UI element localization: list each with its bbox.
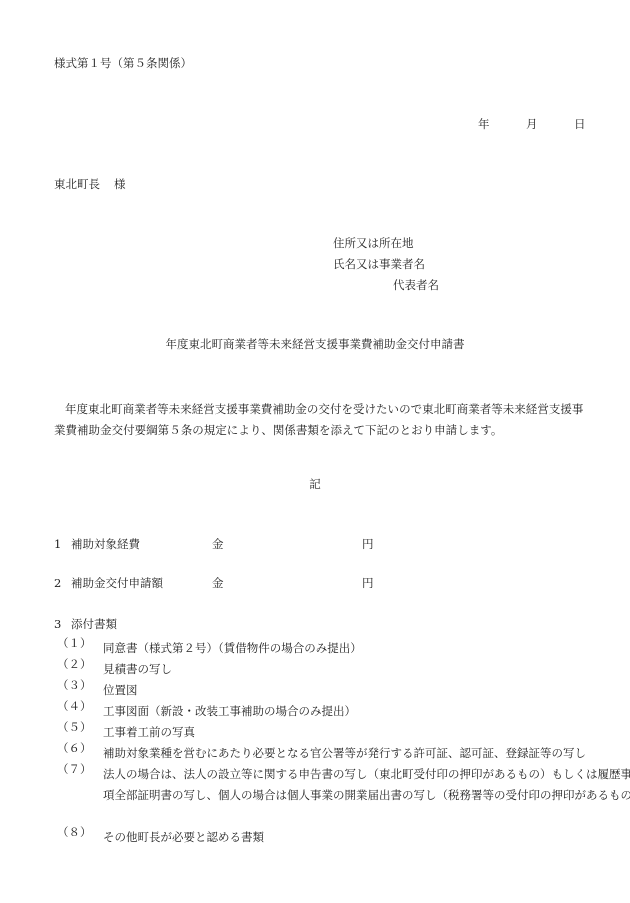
list-item: （３）位置図 <box>57 680 630 701</box>
list-item: （６）補助対象業種を営むにあたり必要となる官公署等が発行する許可証、認可証、登録… <box>57 743 630 764</box>
item-requested-amount: 2補助金交付申請額金円 <box>54 578 374 590</box>
item-number: 3 <box>54 619 71 631</box>
item-number: 2 <box>54 578 71 590</box>
list-item: （８）その他町長が必要と認める書類 <box>57 827 630 848</box>
item-label: 添付書類 <box>71 617 117 631</box>
currency-suffix: 円 <box>362 576 374 590</box>
currency-suffix: 円 <box>362 537 374 551</box>
name-label: 氏名又は事業者名 <box>333 259 439 280</box>
currency-prefix: 金 <box>212 539 362 551</box>
currency-prefix: 金 <box>212 578 362 590</box>
list-item: （７）法人の場合は、法人の設立等に関する申告書の写し（東北町受付印の押印があるも… <box>57 764 630 827</box>
representative-label: 代表者名 <box>333 280 439 301</box>
list-item: （５）工事着工前の写真 <box>57 722 630 743</box>
addressee-honorific: 様 <box>114 177 126 191</box>
ki-heading: 記 <box>0 479 630 491</box>
date-line: 年月日 <box>478 119 586 131</box>
addressee: 東北町長様 <box>54 179 126 191</box>
day-label: 日 <box>574 119 586 131</box>
month-label: 月 <box>526 119 574 131</box>
item-label: 補助対象経費 <box>71 539 212 551</box>
attachments-list: （１）同意書（様式第２号）（賃借物件の場合のみ提出） （２）見積書の写し （３）… <box>57 638 630 848</box>
address-label: 住所又は所在地 <box>333 238 439 259</box>
list-item: （１）同意書（様式第２号）（賃借物件の場合のみ提出） <box>57 638 630 659</box>
form-number: 様式第１号（第５条関係） <box>54 58 192 70</box>
item-label: 補助金交付申請額 <box>71 578 212 590</box>
list-item: （４）工事図面（新設・改装工事補助の場合のみ提出） <box>57 701 630 722</box>
item-eligible-expenses: 1補助対象経費金円 <box>54 539 374 551</box>
year-label: 年 <box>478 119 526 131</box>
application-statement: 年度東北町商業者等未来経営支援事業費補助金の交付を受けたいので東北町商業者等未来… <box>54 399 584 441</box>
item-attachments-heading: 3添付書類 <box>54 619 117 631</box>
list-item: （２）見積書の写し <box>57 659 630 680</box>
applicant-block: 住所又は所在地 氏名又は事業者名 代表者名 <box>333 238 439 301</box>
document-title: 年度東北町商業者等未来経営支援事業費補助金交付申請書 <box>0 339 630 351</box>
addressee-name: 東北町長 <box>54 177 100 191</box>
item-number: 1 <box>54 539 71 551</box>
